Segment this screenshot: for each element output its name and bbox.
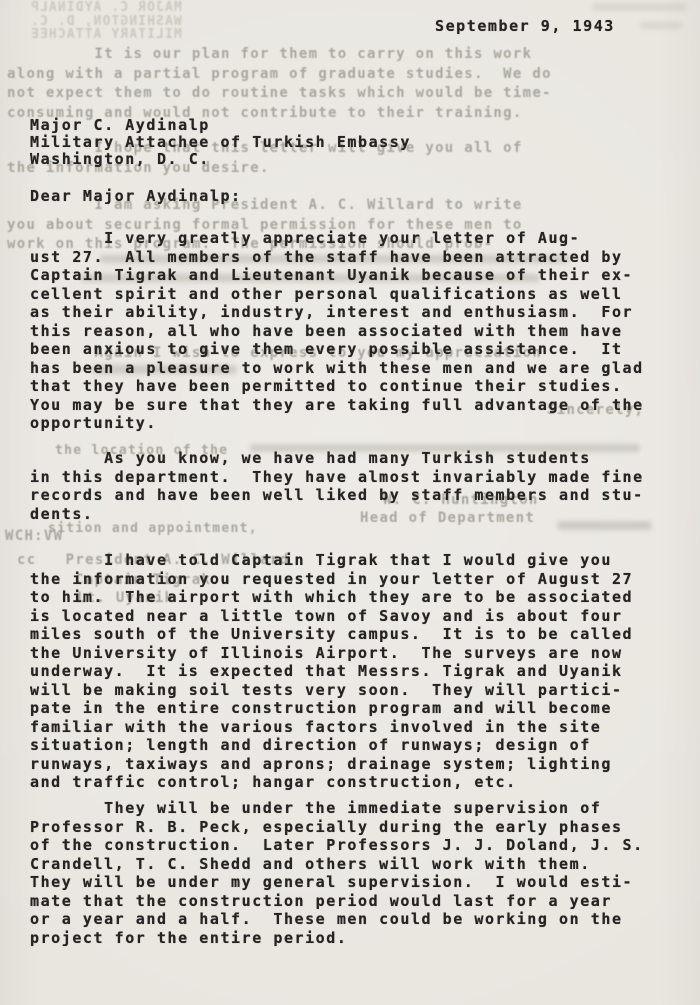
text-line: It is our plan for them to carry on this… — [7, 45, 552, 65]
body-paragraph-2: As you know, we have had many Turkish st… — [30, 449, 644, 523]
text-line: will be making soil tests very soon. The… — [30, 681, 633, 700]
text-line: Crandell, T. C. Shedd and others will wo… — [30, 855, 644, 874]
text-line: mate that the construction period would … — [30, 892, 644, 911]
text-line: opportunity. — [30, 414, 644, 433]
text-line: They will be under the immediate supervi… — [30, 799, 644, 818]
recipient-address-block: Major C. AydinalpMilitary Attachee of Tu… — [30, 117, 411, 168]
ghost-paragraph-plan: It is our plan for them to carry on this… — [7, 45, 552, 123]
text-line: has been a pleasure to work with these m… — [30, 359, 644, 378]
text-line: familiar with the various factors involv… — [30, 718, 633, 737]
text-line: situation; length and direction of runwa… — [30, 736, 633, 755]
text-line: project for the entire period. — [30, 929, 644, 948]
text-line: runways, taxiways and aprons; drainage s… — [30, 755, 633, 774]
text-line: As you know, we have had many Turkish st… — [30, 449, 644, 468]
text-line: not expect them to do routine tasks whic… — [7, 84, 552, 104]
scanned-letter-page: MAJOR C. AYDINALPWASHINGTON, D. C.MILITA… — [0, 0, 700, 1005]
ghost-mirrored-address-block: MAJOR C. AYDINALPWASHINGTON, D. C.MILITA… — [30, 1, 182, 42]
text-line: cellent spirit and other personal qualif… — [30, 285, 644, 304]
text-line: miles south of the University campus. It… — [30, 625, 633, 644]
text-line: I have told Captain Tigrak that I would … — [30, 551, 633, 570]
text-line: They will be under my general supervisio… — [30, 873, 644, 892]
text-line: of the construction. Later Professors J.… — [30, 836, 644, 855]
salutation: Dear Major Aydinalp: — [30, 187, 242, 206]
body-paragraph-1: I very greatly appreciate your letter of… — [30, 229, 644, 433]
text-line: this reason, all who have been associate… — [30, 322, 644, 341]
body-paragraph-3: I have told Captain Tigrak that I would … — [30, 551, 633, 792]
text-line: as their ability, industry, interest and… — [30, 303, 644, 322]
text-line: Major C. Aydinalp — [30, 117, 411, 134]
text-line: or a year and a half. These men could be… — [30, 910, 644, 929]
text-line: ust 27. All members of the staff have be… — [30, 248, 644, 267]
text-line: to him. The airport with which they are … — [30, 588, 633, 607]
text-line: the University of Illinois Airport. The … — [30, 644, 633, 663]
text-line: underway. It is expected that Messrs. Ti… — [30, 662, 633, 681]
text-line: I very greatly appreciate your letter of… — [30, 229, 644, 248]
text-line: MILITARY ATTACHEE — [30, 28, 182, 42]
text-line: along with a partial program of graduate… — [7, 65, 552, 85]
text-line: WASHINGTON, D. C. — [30, 15, 182, 29]
text-line: pate in the entire construction program … — [30, 699, 633, 718]
ghost-typist-initials: WCH:VW — [5, 527, 63, 547]
text-line: Captain Tigrak and Lieutenant Uyanik bec… — [30, 266, 644, 285]
text-line: and traffic control; hangar construction… — [30, 773, 633, 792]
text-line: that they have been permitted to continu… — [30, 377, 644, 396]
text-line: been anxious to give them every possible… — [30, 340, 644, 359]
text-line: You may be sure that they are taking ful… — [30, 396, 644, 415]
text-line: is located near a little town of Savoy a… — [30, 607, 633, 626]
text-line: the information you requested in your le… — [30, 570, 633, 589]
text-line: MAJOR C. AYDINALP — [30, 1, 182, 15]
ghost-smudge — [640, 22, 682, 29]
letter-date: September 9, 1943 — [435, 17, 615, 36]
text-line: in this department. They have almost inv… — [30, 468, 644, 487]
text-line: dents. — [30, 505, 644, 524]
ghost-smudge — [592, 3, 687, 11]
text-line: Military Attachee of Turkish Embassy — [30, 134, 411, 151]
body-paragraph-4: They will be under the immediate supervi… — [30, 799, 644, 947]
text-line: Professor R. B. Peck, especially during … — [30, 818, 644, 837]
text-line: Washington, D. C. — [30, 151, 411, 168]
text-line: records and have been well liked by staf… — [30, 486, 644, 505]
